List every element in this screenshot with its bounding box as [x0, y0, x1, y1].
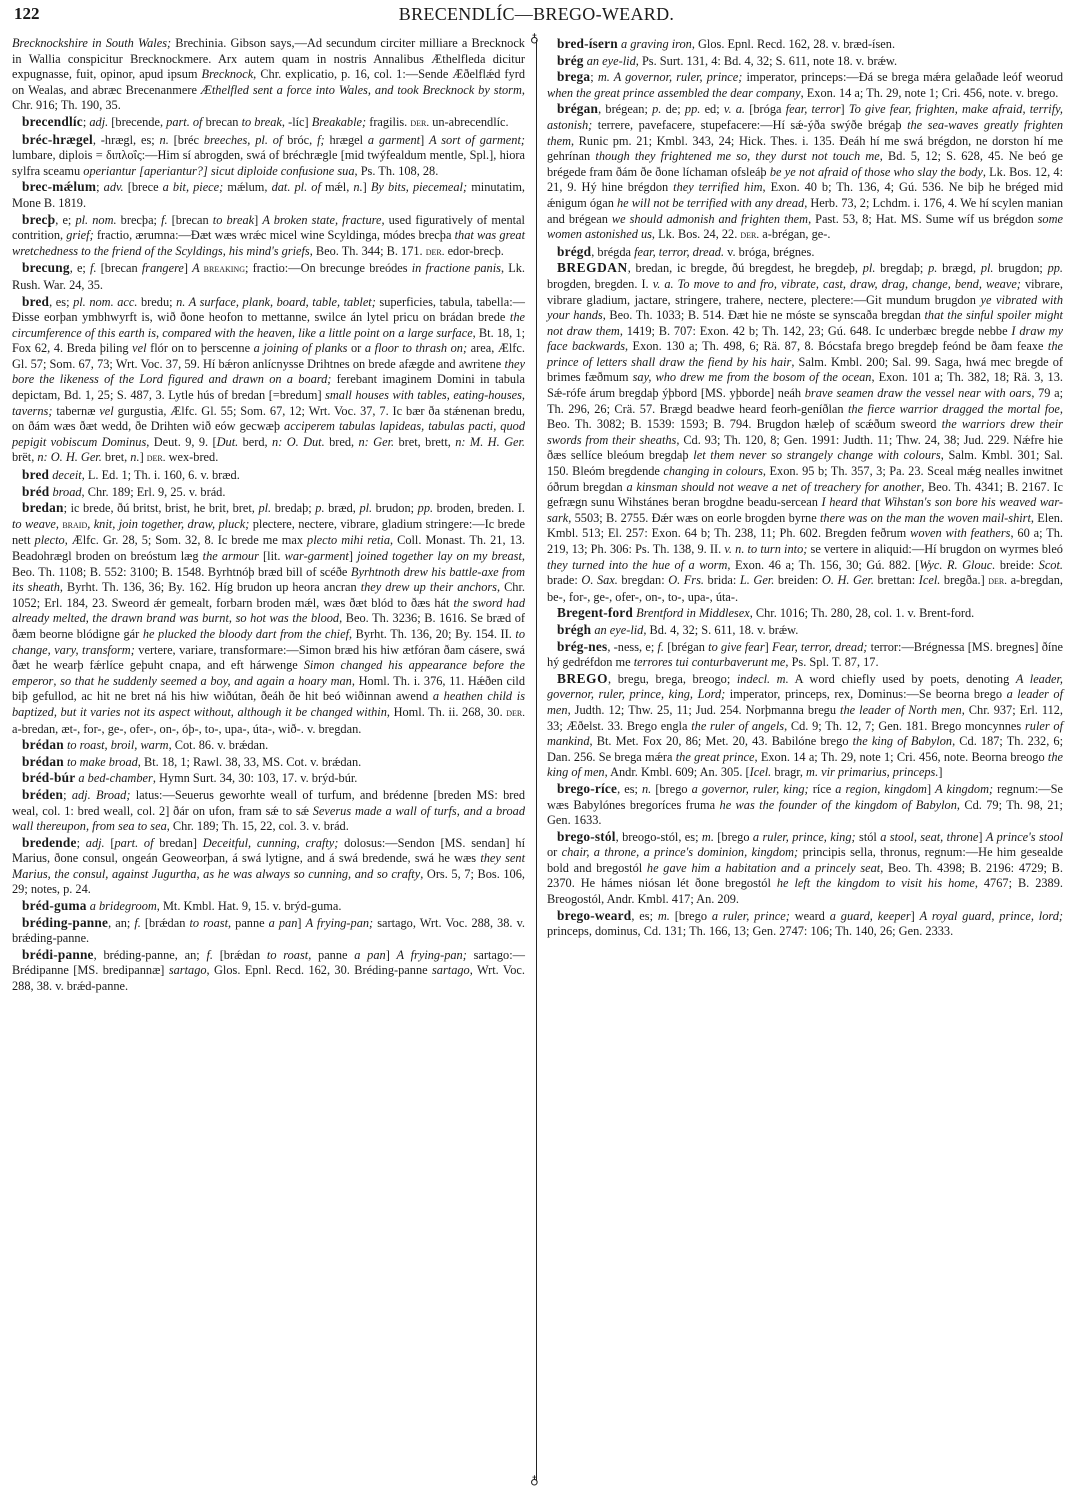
entry-text: bróc,	[282, 133, 317, 147]
italic-text: sartago	[432, 963, 470, 977]
italic-text: m. A governor, ruler, prince;	[598, 70, 743, 84]
italic-text: fear, terror	[786, 102, 841, 116]
entry-text: weard	[790, 909, 830, 923]
entry-text: brecan	[203, 115, 242, 129]
entry-text: ]	[978, 830, 986, 844]
entry-text: ]	[140, 450, 147, 464]
entry-text: tabernæ	[52, 404, 99, 418]
entry-text: ; ic brede, ðú britst, brist, he brit, b…	[64, 501, 259, 515]
entry-text: , Byrht. Th. 136, 36; By. 162. Híg brudo…	[60, 580, 361, 594]
italic-text: A sort of garment;	[429, 133, 525, 147]
italic-text: pl.	[863, 261, 876, 275]
entry-text: , panne	[228, 916, 269, 930]
headword: brego-stól	[557, 829, 616, 844]
entry-text: ]	[841, 102, 849, 116]
headword: brédan	[22, 737, 64, 752]
headword: brégd	[557, 244, 591, 259]
small-caps-text: braid	[62, 519, 87, 531]
entry-text: princeps, dominus, Cd. 131; Th. 166, 13;…	[547, 924, 953, 938]
italic-text: sartago	[169, 963, 207, 977]
entry-text: , Exon. 14 a; Th. 29, note 1; Cri. 456, …	[801, 86, 1059, 100]
italic-text: he will not be terrified with any dread	[617, 196, 804, 210]
dictionary-entry: brecendlíc; adj. [brecende, part. of bre…	[12, 114, 525, 132]
entry-text: brogden, bregden. I.	[547, 277, 653, 291]
entry-text: stól	[856, 830, 881, 844]
italic-text: m.	[702, 830, 714, 844]
italic-text: we should admonish and frighten them	[612, 212, 808, 226]
italic-text: Wyc. R. Glouc.	[919, 558, 995, 572]
entry-text: brudon;	[372, 501, 418, 515]
italic-text: n: M. H. Ger.	[455, 435, 525, 449]
italic-text: Brecknock	[202, 67, 254, 81]
italic-text: n: Ger.	[359, 435, 395, 449]
italic-text: Fear, terror, dread;	[772, 640, 867, 654]
headword: brég	[557, 53, 584, 68]
entry-text: ]	[420, 133, 429, 147]
entry-text: or	[547, 845, 562, 859]
italic-text: O. Frs.	[668, 573, 704, 587]
entry-text: fractio, ærumna:—Ðæt wæs wrǽc micel wine…	[94, 228, 455, 242]
italic-text: part. of	[115, 836, 154, 850]
entry-text: a-brégan, ge-.	[759, 227, 830, 241]
small-caps-text: breaking	[204, 263, 245, 275]
italic-text: an eye-lid	[594, 623, 643, 637]
entry-text: , bregu, brega, breogo;	[608, 672, 737, 686]
italic-text: n.	[160, 133, 169, 147]
entry-text: bredaþ;	[271, 501, 315, 515]
italic-text: let them never so strangely change with …	[693, 448, 940, 462]
headword: brédan	[22, 754, 64, 769]
italic-text: , knit, join together, draw, pluck;	[87, 517, 249, 531]
entry-text: brægd,	[937, 261, 980, 275]
italic-text: a bed-chamber	[78, 771, 152, 785]
italic-text: A prince's stool	[986, 830, 1063, 844]
italic-text: pl. nom.	[75, 213, 116, 227]
italic-text: n.	[353, 180, 362, 194]
italic-text: a region, kingdom	[835, 782, 927, 796]
entry-text: bregða.]	[940, 573, 988, 587]
entry-text: , e;	[70, 261, 90, 275]
italic-text: broad	[53, 485, 82, 499]
entry-text: v. bróga, brégnes.	[724, 245, 814, 259]
entry-text: bredan]	[154, 836, 203, 850]
dictionary-entry: brec-mǽlum; adv. [brece a bit, piece; mǽ…	[12, 179, 525, 211]
dictionary-entry: bred, es; pl. nom. acc. bredu; n. A surf…	[12, 294, 525, 468]
headword: brecendlíc	[22, 114, 83, 129]
entry-text: ]	[297, 916, 305, 930]
entry-text: imperator, princeps:—Ðá se brega mǽra ge…	[742, 70, 1063, 84]
dictionary-entry: bredan; ic brede, ðú britst, brist, he b…	[12, 500, 525, 737]
entry-text: bred,	[325, 435, 359, 449]
italic-text: Scot.	[1039, 558, 1063, 572]
italic-text: so hot was the blood	[236, 611, 340, 625]
italic-text: chair, a throne, a prince's dominion, ki…	[562, 845, 799, 859]
italic-text: to roast	[189, 916, 228, 930]
dictionary-entry: brégan, brégean; p. de; pp. ed; v. a. [b…	[547, 101, 1063, 243]
italic-text: Breakable;	[312, 115, 366, 129]
italic-text: a bit, piece;	[163, 180, 224, 194]
headword: brecung	[22, 260, 70, 275]
dictionary-entry: brégd, brégda fear, terror, dread. v. br…	[547, 244, 1063, 261]
entry-text: , Past. 53, 8; Hat. MS. Sume wíf us brég…	[808, 212, 1038, 226]
italic-text: to give fear	[708, 640, 765, 654]
dictionary-entry: bréd broad, Chr. 189; Erl. 9, 25. v. brá…	[12, 484, 525, 501]
entry-text: bret,	[102, 450, 130, 464]
italic-text: the king of Babylon	[853, 734, 952, 748]
entry-text: , Bt. 18, 1; Rawl. 38, 33, MS. Cot. v. b…	[138, 755, 361, 769]
italic-text: pl.	[258, 501, 271, 515]
headword: brég-nes	[557, 639, 607, 654]
entry-text: [brego	[651, 782, 691, 796]
entry-text: , Exon. 14 a; Th. 29, note 1; Cri. 456, …	[754, 750, 1047, 764]
italic-text: adv.	[104, 180, 124, 194]
entry-text: mǽl,	[321, 180, 354, 194]
column-divider	[536, 40, 537, 1480]
headword: brega	[557, 69, 590, 84]
entry-text: terrere, pavefacere, stupefacere:—Hí sǽ-…	[592, 118, 907, 132]
entry-text: , 5503; B. 2755. Ðǽr wæs on eorle brogde…	[568, 511, 820, 525]
italic-text: v. a. To move to and fro, vibrate, cast,…	[653, 277, 1021, 291]
italic-text: the great prince	[676, 750, 755, 764]
entry-text: ]	[349, 549, 357, 563]
italic-text: p.	[928, 261, 937, 275]
headword: brec-mǽlum	[22, 179, 96, 194]
italic-text: a pan	[354, 948, 385, 962]
headword: bréd-guma	[22, 898, 87, 913]
italic-text: to roast, broil, warm	[67, 738, 169, 752]
italic-text: to make broad	[67, 755, 138, 769]
headword: bréd	[22, 484, 49, 499]
dictionary-entry: brecþ, e; pl. nom. brecþa; f. [brecan to…	[12, 212, 525, 261]
small-caps-text: der.	[740, 229, 759, 241]
italic-text: a governor, ruler, king;	[692, 782, 809, 796]
italic-text: m. vir primarius, princeps.	[806, 765, 938, 779]
italic-text: he was the founder of the kingdom of Bab…	[720, 798, 957, 812]
dictionary-entry: brego-stól, breogo-stól, es; m. [brego a…	[547, 829, 1063, 908]
entry-text: broden, breden. I.	[433, 501, 525, 515]
headword: bréding-panne	[22, 915, 108, 930]
entry-text: , Bd. 4, 32; S. 611, 18. v. brǽw.	[643, 623, 798, 637]
italic-text: part. of	[166, 115, 202, 129]
italic-text: O. Sax.	[581, 573, 617, 587]
entry-text: , -líc]	[282, 115, 312, 129]
entry-text: fragilis.	[366, 115, 410, 129]
entry-text: [brecende,	[108, 115, 166, 129]
dictionary-entry: bréd-guma a bridegroom, Mt. Kmbl. Hat. 9…	[12, 898, 525, 915]
entry-text: [brǽdan	[213, 948, 267, 962]
entry-text: , panne	[308, 948, 354, 962]
italic-text: to roast	[267, 948, 308, 962]
italic-text: changing in colours	[663, 464, 763, 478]
italic-text: vel	[99, 404, 113, 418]
headword: brégh	[557, 622, 591, 637]
italic-text: be ye not afraid of those who slay the b…	[770, 165, 983, 179]
entry-text: bredu;	[137, 295, 176, 309]
small-caps-text: der.	[426, 246, 445, 258]
headword: brego-ríce	[557, 781, 617, 796]
entry-text: de;	[661, 102, 685, 116]
headword: brédi-panne	[22, 947, 94, 962]
entry-text: breiden:	[774, 573, 822, 587]
dictionary-entry: brego-weard, es; m. [brego a ruler, prin…	[547, 908, 1063, 940]
italic-text: he gave him a habitation and a princely …	[647, 861, 880, 875]
italic-text: dat. pl. of	[272, 180, 321, 194]
entry-text: bræd,	[325, 501, 360, 515]
italic-text: Dut.	[217, 435, 239, 449]
italic-text: a pan	[269, 916, 298, 930]
entry-text: , Deut. 9, 9. [	[146, 435, 216, 449]
italic-text: p.	[652, 102, 661, 116]
column-rule-ornament-bottom-icon: ♁	[530, 1474, 539, 1486]
dictionary-entry: bredende; adj. [part. of bredan] Deceitf…	[12, 835, 525, 898]
italic-text: a ruler, prince;	[712, 909, 790, 923]
entry-text: a-bredan, æt-, for-, ge-, ofer-, on-, óþ…	[12, 722, 361, 736]
entry-text: , Chr. 1016; Th. 280, 28, col. 1. v. Bre…	[750, 606, 975, 620]
italic-text: frangere	[142, 261, 184, 275]
italic-text: though they frightened me so, they durst…	[595, 149, 879, 163]
entry-text: ]	[184, 261, 192, 275]
italic-text: woven with feathers	[910, 526, 1010, 540]
headword: bréden	[22, 787, 63, 802]
italic-text: L. Ger.	[740, 573, 774, 587]
italic-text: Brentford in Middlesex	[636, 606, 750, 620]
entry-text: , Cot. 86. v. brǽdan.	[169, 738, 269, 752]
italic-text: indecl. m.	[737, 672, 789, 686]
italic-text: A royal guard, prince, lord;	[920, 909, 1063, 923]
entry-text: [brecan	[97, 261, 142, 275]
entry-text: , Beo. Th. 344; B. 171.	[310, 244, 426, 258]
italic-text: pl.	[359, 501, 372, 515]
italic-text: A frying-pan;	[397, 948, 467, 962]
dictionary-entry: brego-ríce, es; n. [brego a governor, ru…	[547, 781, 1063, 829]
italic-text: pp.	[1048, 261, 1063, 275]
dictionary-entry: bréding-panne, an; f. [brǽdan to roast, …	[12, 915, 525, 947]
entry-text: , Hymn Surt. 34, 30: 103, 17. v. brýd-bú…	[153, 771, 358, 785]
entry-text: brade:	[547, 573, 581, 587]
entry-text: , Ps. Spl. T. 87, 17.	[785, 655, 878, 669]
italic-text: say, who drew me from the bosom of the o…	[633, 370, 872, 384]
italic-text: a guard, keeper	[830, 909, 911, 923]
entry-text: brida:	[704, 573, 740, 587]
entry-text: or	[347, 341, 364, 355]
entry-text: [brego	[714, 830, 753, 844]
italic-text: to break	[242, 115, 282, 129]
entry-text: breide:	[995, 558, 1038, 572]
italic-text: pl. nom. acc.	[73, 295, 137, 309]
entry-text: edor-brecþ.	[444, 244, 503, 258]
entry-text: , Exon. 46 a; Th. 156, 30; Gú. 882. [	[727, 558, 919, 572]
italic-text: A frying-pan;	[306, 916, 374, 930]
italic-text: n: O. H. Ger.	[37, 450, 101, 464]
entry-text: [brego	[670, 909, 712, 923]
italic-text: he plucked the bloody dart from the chie…	[143, 627, 349, 641]
italic-text: v. n. to turn into;	[724, 542, 807, 556]
italic-text: the armour	[203, 549, 259, 563]
small-caps-text: der.	[506, 707, 525, 719]
italic-text: pp.	[685, 102, 700, 116]
right-column: bred-ísern a graving iron, Glos. Epnl. R…	[547, 36, 1063, 940]
entry-text: , Lk. Bos. 24, 22.	[652, 227, 740, 241]
italic-text: the ruler of angels	[691, 719, 784, 733]
entry-text: mǽlum,	[223, 180, 271, 194]
dictionary-entry: bred deceit, L. Ed. 1; Th. i. 160, 6. v.…	[12, 467, 525, 484]
dictionary-entry: bred-ísern a graving iron, Glos. Epnl. R…	[547, 36, 1063, 53]
entry-text: , Beo. Th. 1033; B. 514. Ðæt hie ne móst…	[603, 308, 925, 322]
italic-text: v. a.	[724, 102, 745, 116]
entry-text: imperator, princeps, rex, Dominus:—Se be…	[725, 687, 1006, 701]
entry-text: [	[105, 836, 115, 850]
italic-text: n.	[130, 450, 139, 464]
entry-text: ;	[63, 788, 72, 802]
italic-text: grief;	[66, 228, 93, 242]
entry-text: ]	[927, 782, 935, 796]
headword: BREGDAN	[557, 260, 628, 275]
italic-text: A	[192, 261, 203, 275]
italic-text: a kinsman should not weave a net of trea…	[626, 480, 921, 494]
entry-text: , Mt. Kmbl. Hat. 9, 15. v. brýd-guma.	[157, 899, 342, 913]
entry-text: [bréc	[169, 133, 204, 147]
italic-text: a floor to thrash on;	[365, 341, 467, 355]
entry-text: bragr,	[771, 765, 806, 779]
italic-text: vel	[132, 341, 146, 355]
entry-text: ríce	[809, 782, 836, 796]
italic-text: so that he suddenly seemed a boy, and ag…	[60, 674, 352, 688]
entry-text: ; fractio:—On brecunge breódes	[245, 261, 412, 275]
italic-text: adj. Broad;	[72, 788, 131, 802]
entry-text: ;	[590, 70, 598, 84]
entry-text: , Homl. Th. ii. 268, 30.	[387, 705, 506, 719]
italic-text: Brecknockshire in South Wales;	[12, 36, 171, 50]
italic-text: a graving iron	[621, 37, 692, 51]
small-caps-text: der.	[988, 575, 1007, 587]
entry-text: ed;	[700, 102, 724, 116]
italic-text: an eye-lid	[587, 54, 636, 68]
italic-text: brave seamen draw the vessel near with o…	[805, 386, 1032, 400]
entry-text: [brǽdan	[141, 916, 190, 930]
running-title: BRECENDLÍC—BREGO-WEARD.	[12, 4, 1061, 25]
italic-text: breeches, pl. of	[204, 133, 282, 147]
headword: bred	[22, 294, 49, 309]
entry-text: , -ness, e;	[607, 640, 657, 654]
italic-text: Icel.	[750, 765, 772, 779]
dictionary-entry: bréc-hrægel, -hrægl, es; n. [bréc breech…	[12, 132, 525, 180]
italic-text: the fierce warrior dragged the mortal fo…	[848, 402, 1060, 416]
italic-text: operiantur [aperiantur?] sicut diploide …	[83, 164, 354, 178]
entry-text: , bréding-panne, an;	[94, 948, 207, 962]
entry-text: , Chr. 189; Th. 15, 22, col. 3. v. brád.	[167, 819, 349, 833]
left-column: Brecknockshire in South Wales; Brechinia…	[12, 36, 525, 995]
italic-text: Æthelfled sent a force into Wales, and t…	[201, 83, 522, 97]
italic-text: f;	[317, 133, 325, 147]
entry-continuation: Brecknockshire in South Wales; Brechinia…	[12, 36, 525, 114]
entry-text: , breogo-stól, es;	[616, 830, 702, 844]
entry-text: ]	[938, 765, 942, 779]
italic-text: a stool, seat, throne	[880, 830, 978, 844]
entry-text: se vertere in aliquid:—Hí brugdon on wyr…	[807, 542, 1063, 556]
headword: Bregent-ford	[557, 605, 633, 620]
entry-text: , Ælfc. Gr. 28, 5; Som. 32, 8. Ic brede …	[65, 533, 307, 547]
entry-text: [bróga	[745, 102, 786, 116]
italic-text: a garment	[368, 133, 420, 147]
italic-text: fear, terror, dread.	[634, 245, 724, 259]
entry-text: , Judth. 12; Thw. 25, 11; Jud. 254. Norþ…	[568, 703, 840, 717]
entry-text: , Andr. Kmbl. 609; An. 305. [	[605, 765, 750, 779]
entry-text: brecþa;	[117, 213, 162, 227]
italic-text: Icel.	[919, 573, 941, 587]
dictionary-entry: Bregent-ford Brentford in Middlesex, Chr…	[547, 605, 1063, 622]
entry-text: , Glos. Epnl. Recd. 162, 30. Bréding-pan…	[207, 963, 432, 977]
italic-text: O. H. Ger.	[822, 573, 874, 587]
entry-text: flór on to þerscenne	[147, 341, 254, 355]
dictionary-entry: brega; m. A governor, ruler, prince; imp…	[547, 69, 1063, 101]
headword: bred-ísern	[557, 36, 618, 51]
entry-text: , Byrht. Th. 136, 20; By. 154. II.	[349, 627, 515, 641]
entry-text: , es;	[49, 295, 73, 309]
entry-text: berd,	[238, 435, 272, 449]
italic-text: n: O. Dut.	[272, 435, 325, 449]
italic-text: the leader of North men	[840, 703, 962, 717]
entry-text: , e;	[55, 213, 75, 227]
entry-text: un-abrecendlíc.	[429, 115, 509, 129]
small-caps-text: der.	[147, 452, 166, 464]
italic-text: they drew up their anchors	[361, 580, 497, 594]
entry-text: [brece	[124, 180, 163, 194]
page-header: 122 BRECENDLÍC—BREGO-WEARD.	[12, 0, 1061, 30]
headword: bredende	[22, 835, 77, 850]
entry-text: ;	[77, 836, 86, 850]
entry-text: wex-bred.	[166, 450, 219, 464]
italic-text: they terrified him	[673, 180, 762, 194]
italic-text: when the great prince assembled the dear…	[547, 86, 801, 100]
italic-text: to weave,	[12, 517, 62, 531]
entry-text: ]	[765, 640, 772, 654]
italic-text: they turned into the hue of a worm	[547, 558, 727, 572]
italic-text: deceit	[52, 468, 81, 482]
dictionary-entry: BREGDAN, bredan, ic bregde, ðú bregdest,…	[547, 260, 1063, 605]
headword: bréd-búr	[22, 770, 75, 785]
entry-text: bregdaþ;	[875, 261, 928, 275]
entry-text: , bredan, ic bregde, ðú bregdest, he bre…	[628, 261, 863, 275]
headword: brégan	[557, 101, 598, 116]
entry-text: , an;	[108, 916, 134, 930]
entry-text: A word chiefly used by poets, denoting	[789, 672, 1016, 686]
small-caps-text: der.	[410, 117, 429, 129]
italic-text: terrores tui conturbaverunt me	[634, 655, 786, 669]
italic-text: to break	[213, 213, 254, 227]
italic-text: A kingdom;	[935, 782, 993, 796]
entry-text: , brégean;	[598, 102, 652, 116]
dictionary-entry: brégh an eye-lid, Bd. 4, 32; S. 611, 18.…	[547, 622, 1063, 639]
entry-text: , Glos. Epnl. Recd. 162, 28. v. bræd-íse…	[692, 37, 895, 51]
italic-text: a joining of planks	[254, 341, 348, 355]
entry-text: bregdan:	[618, 573, 668, 587]
italic-text: a bridegroom	[90, 899, 157, 913]
italic-text: a ruler, prince, king;	[753, 830, 856, 844]
dictionary-entry: bréd-búr a bed-chamber, Hymn Surt. 34, 3…	[12, 770, 525, 787]
italic-text: plecto	[35, 533, 65, 547]
entry-text: ]	[911, 909, 920, 923]
entry-text: , Bt. Met. Fox 20, 86; Met. 20, 43. Babi…	[590, 734, 853, 748]
dictionary-entry: brédan to make broad, Bt. 18, 1; Rawl. 3…	[12, 754, 525, 771]
entry-text: , -hrægl, es;	[93, 133, 160, 147]
dictionary-entry: brecung, e; f. [brecan frangere] A break…	[12, 260, 525, 293]
dictionary-entry: brég an eye-lid, Ps. Surt. 131, 4: Bd. 4…	[547, 53, 1063, 70]
italic-text: pp.	[418, 501, 433, 515]
entry-text: ]	[363, 180, 371, 194]
entry-text: , Chr. 189; Erl. 9, 25. v. brád.	[82, 485, 226, 499]
italic-text: Deceitful, cunning, crafty;	[203, 836, 339, 850]
italic-text: adj.	[86, 836, 105, 850]
